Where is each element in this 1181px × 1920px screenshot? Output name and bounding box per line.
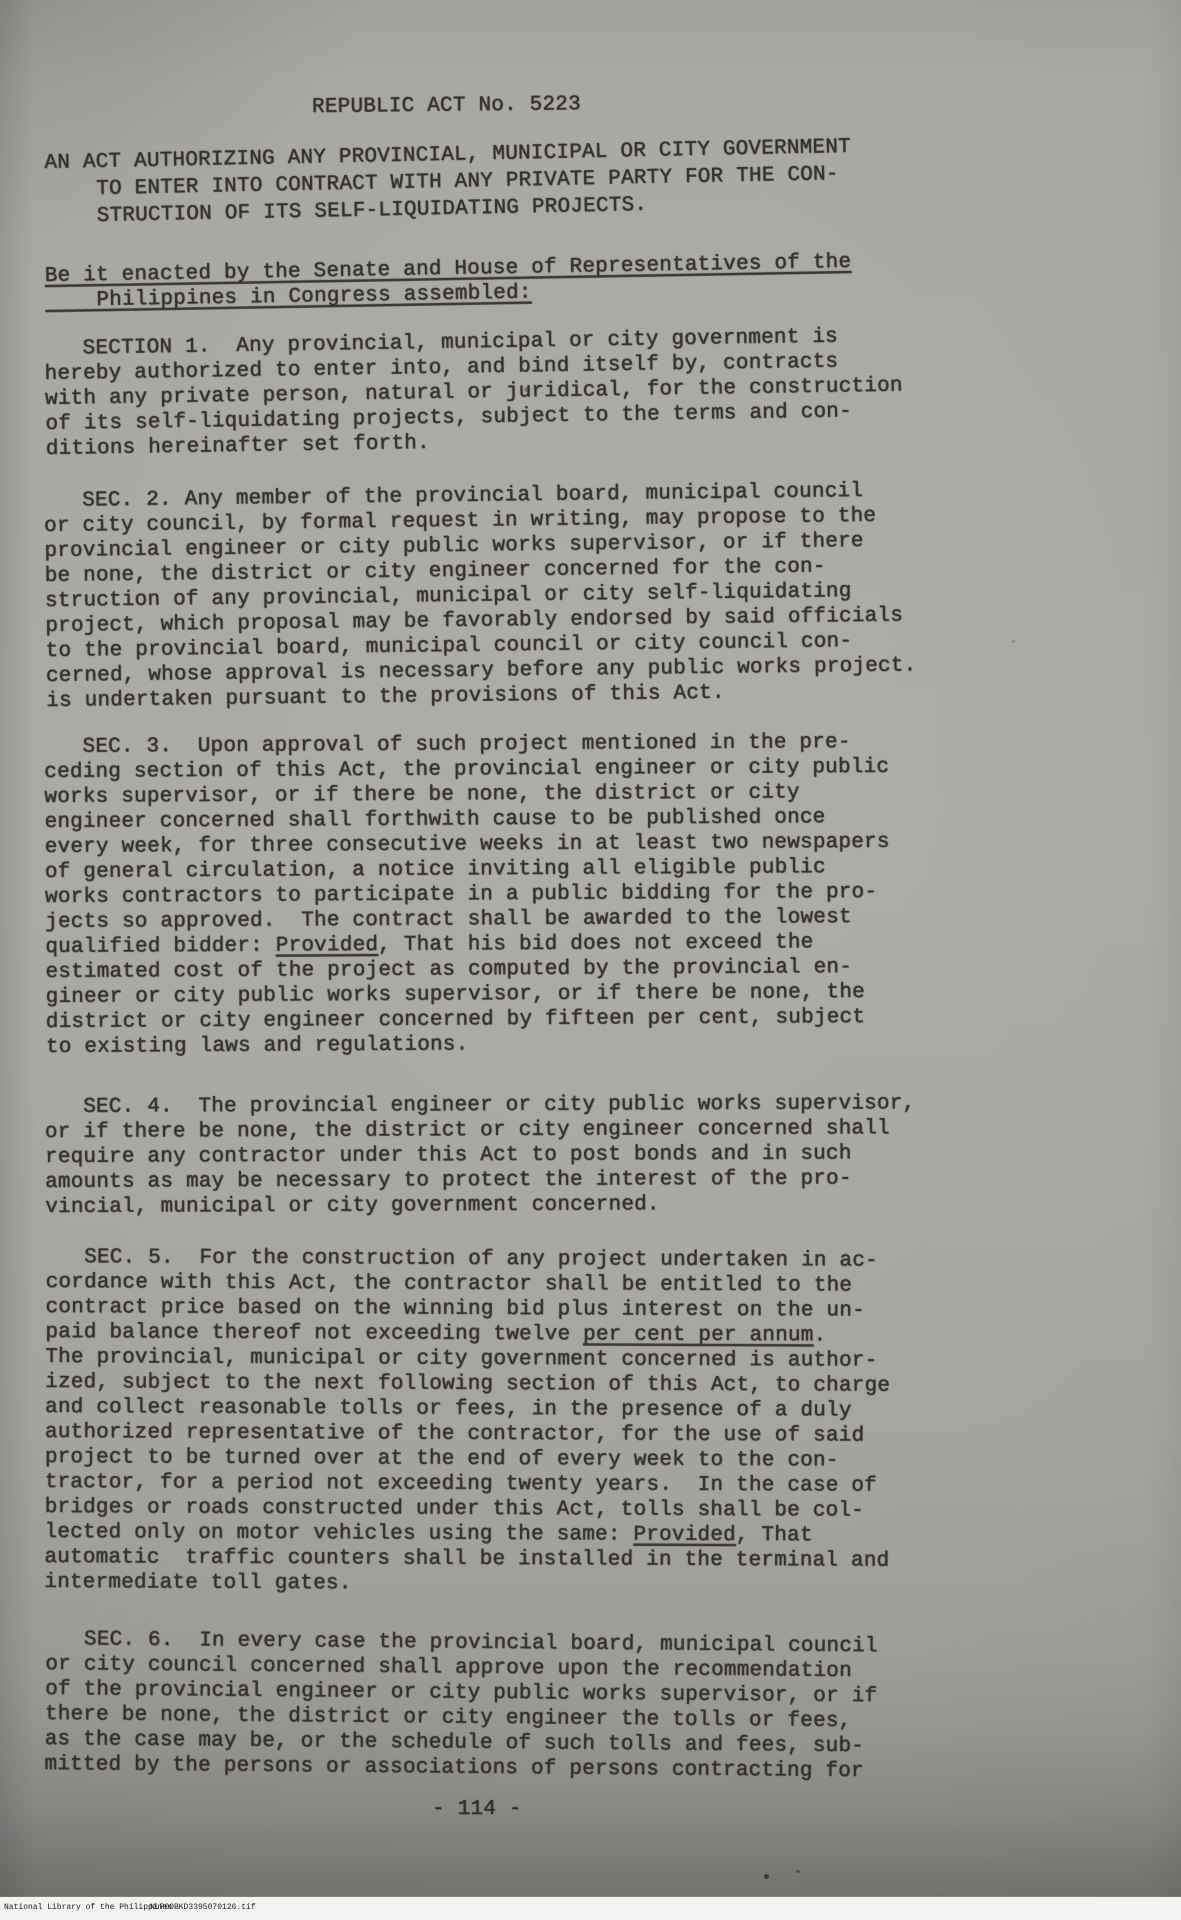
act-preamble: AN ACT AUTHORIZING ANY PROVINCIAL, MUNIC…	[44, 134, 852, 231]
section-5: SEC. 5. For the construction of any proj…	[44, 1245, 890, 1599]
section-1: SECTION 1. Any provincial, municipal or …	[44, 324, 904, 462]
footer-strip: National Library of the Philippines NLP0…	[0, 1897, 1181, 1920]
scan-filename: NLP00BKD3395070126.tif	[150, 1903, 256, 1912]
section-2: SEC. 2. Any member of the provincial boa…	[44, 478, 917, 714]
ink-speck	[524, 387, 529, 392]
scanned-page: REPUBLIC ACT No. 5223 AN ACT AUTHORIZING…	[0, 0, 1181, 1920]
per-cent-per-annum-underlined: per cent per annum	[583, 1323, 814, 1347]
provided-underlined-2: Provided	[633, 1524, 736, 1547]
ink-speck	[764, 1874, 769, 1879]
section-4: SEC. 4. The provincial engineer or city …	[45, 1091, 916, 1220]
enacting-clause: Be it enacted by the Senate and House of…	[45, 250, 852, 314]
library-credit: National Library of the Philippines	[4, 1903, 172, 1912]
section-6: SEC. 6. In every case the provincial boa…	[44, 1627, 877, 1784]
section-3-text-before: SEC. 3. Upon approval of such project me…	[44, 731, 890, 959]
section-3: SEC. 3. Upon approval of such project me…	[44, 730, 891, 1060]
ink-speck	[1012, 640, 1015, 643]
act-title: REPUBLIC ACT No. 5223	[312, 92, 581, 120]
section-5-text-middle: . The provincial, municipal or city gove…	[44, 1324, 890, 1546]
page-number: - 114 -	[432, 1797, 522, 1822]
ink-speck	[796, 1870, 800, 1873]
provided-underlined-1: Provided	[276, 934, 379, 958]
